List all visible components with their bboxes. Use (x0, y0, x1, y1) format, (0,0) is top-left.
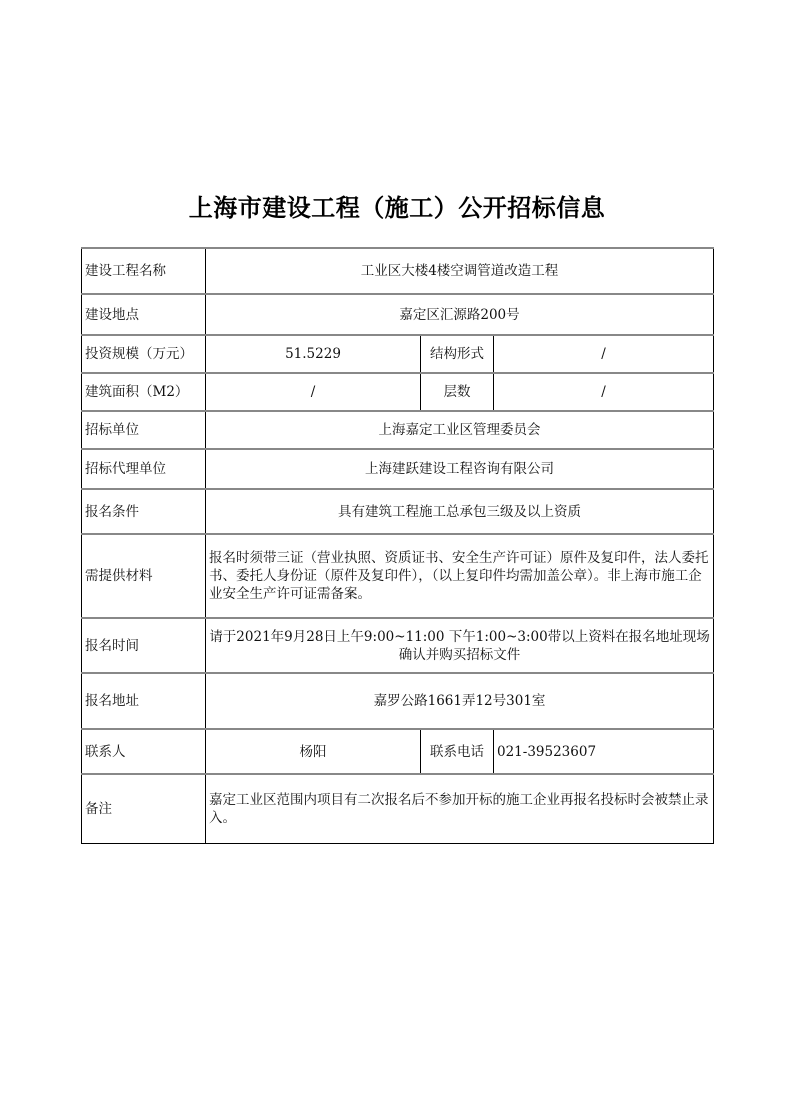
area-value: / (206, 373, 421, 411)
row-contact: 联系人 杨阳 联系电话 021-39523607 (82, 729, 714, 774)
investment-label: 投资规模（万元） (82, 335, 206, 373)
agent-label: 招标代理单位 (82, 449, 206, 489)
phone-value: 021-39523607 (494, 729, 714, 774)
remarks-label: 备注 (82, 774, 206, 843)
tenderer-value: 上海嘉定工业区管理委员会 (206, 411, 714, 449)
project-name-label: 建设工程名称 (82, 248, 206, 294)
structure-value: / (494, 335, 714, 373)
registration-time-value: 请于2021年9月28日上午9:00~11:00 下午1:00~3:00带以上资… (206, 618, 714, 673)
contact-label: 联系人 (82, 729, 206, 774)
location-value: 嘉定区汇源路200号 (206, 294, 714, 335)
row-registration-address: 报名地址 嘉罗公路1661弄12号301室 (82, 673, 714, 729)
project-name-value: 工业区大楼4楼空调管道改造工程 (206, 248, 714, 294)
phone-label: 联系电话 (421, 729, 494, 774)
row-materials: 需提供材料 报名时须带三证（营业执照、资质证书、安全生产许可证）原件及复印件，法… (82, 534, 714, 618)
registration-time-label: 报名时间 (82, 618, 206, 673)
row-investment: 投资规模（万元） 51.5229 结构形式 / (82, 335, 714, 373)
registration-address-value: 嘉罗公路1661弄12号301室 (206, 673, 714, 729)
row-location: 建设地点 嘉定区汇源路200号 (82, 294, 714, 335)
location-label: 建设地点 (82, 294, 206, 335)
agent-value: 上海建跃建设工程咨询有限公司 (206, 449, 714, 489)
row-area: 建筑面积（M2） / 层数 / (82, 373, 714, 411)
area-label: 建筑面积（M2） (82, 373, 206, 411)
row-tenderer: 招标单位 上海嘉定工业区管理委员会 (82, 411, 714, 449)
row-project-name: 建设工程名称 工业区大楼4楼空调管道改造工程 (82, 248, 714, 294)
remarks-value: 嘉定工业区范围内项目有二次报名后不参加开标的施工企业再报名投标时会被禁止录入。 (206, 774, 714, 843)
conditions-value: 具有建筑工程施工总承包三级及以上资质 (206, 489, 714, 534)
materials-label: 需提供材料 (82, 534, 206, 618)
row-agent: 招标代理单位 上海建跃建设工程咨询有限公司 (82, 449, 714, 489)
investment-value: 51.5229 (206, 335, 421, 373)
floors-value: / (494, 373, 714, 411)
registration-address-label: 报名地址 (82, 673, 206, 729)
floors-label: 层数 (421, 373, 494, 411)
contact-value: 杨阳 (206, 729, 421, 774)
materials-value: 报名时须带三证（营业执照、资质证书、安全生产许可证）原件及复印件，法人委托书、委… (206, 534, 714, 618)
row-remarks: 备注 嘉定工业区范围内项目有二次报名后不参加开标的施工企业再报名投标时会被禁止录… (82, 774, 714, 843)
row-registration-time: 报名时间 请于2021年9月28日上午9:00~11:00 下午1:00~3:0… (82, 618, 714, 673)
conditions-label: 报名条件 (82, 489, 206, 534)
structure-label: 结构形式 (421, 335, 494, 373)
tender-info-table: 建设工程名称 工业区大楼4楼空调管道改造工程 建设地点 嘉定区汇源路200号 投… (81, 247, 714, 844)
row-conditions: 报名条件 具有建筑工程施工总承包三级及以上资质 (82, 489, 714, 534)
tenderer-label: 招标单位 (82, 411, 206, 449)
page-title: 上海市建设工程（施工）公开招标信息 (0, 188, 794, 223)
